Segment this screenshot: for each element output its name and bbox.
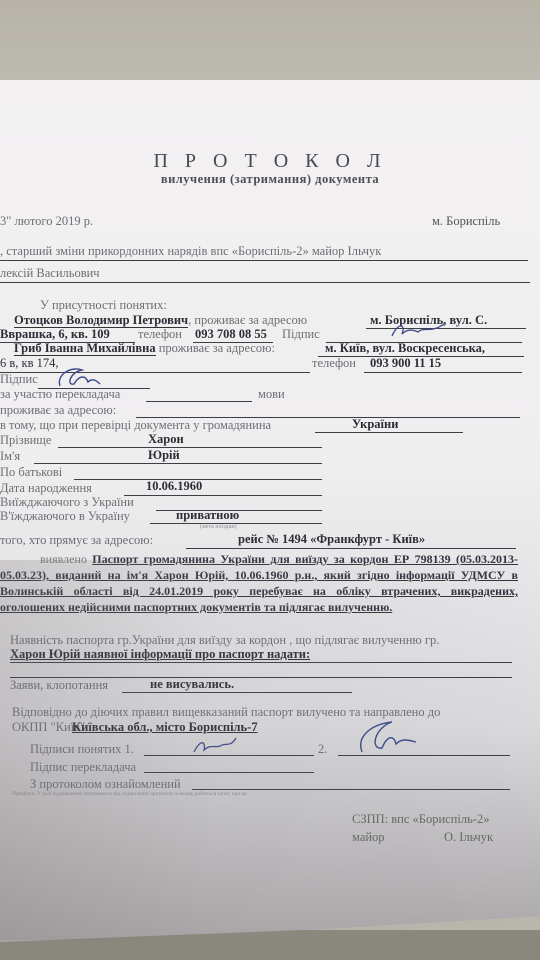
presence-text: Наявність паспорта гр.України для виїзду… [10,633,439,648]
found-label: виявлено [40,552,87,566]
field-departing-label: Виїжджаючого з України [0,495,134,510]
witness-signatures-2: 2. [318,742,327,757]
underline [10,662,512,663]
witness-signatures-label: Підписи понятих 1. [30,742,134,757]
translator-address-label: проживає за адресою: [0,403,116,418]
field-name-value: Юрій [148,448,180,463]
witness2-address-2: 6 в, кв 174, [0,356,59,371]
field-birthdate-label: Дата народження [0,481,92,496]
underline [0,372,310,373]
field-name-label: Ім'я [0,449,20,464]
destination-value: рейс № 1494 «Франкфурт - Київ» [238,532,425,547]
underline [58,447,322,448]
witness2-address-1: м. Київ, вул. Воскресенська, [325,341,485,356]
translator-label: за участю перекладача [0,387,120,402]
underline [315,432,463,433]
presence-value: Харон Юрій наявної інформації про паспор… [10,647,310,662]
witness1-address-2: Вврашка, 6, кв. 109 [0,327,110,342]
underline [124,495,322,496]
witness2-phone: 093 900 11 15 [370,356,441,371]
field-arriving-value: приватною [176,508,239,523]
field-surname-value: Харон [148,432,184,447]
document-subtitle: вилучення (затримання) документа [0,172,540,187]
witness2-name: Гриб Іванна Михайлівна [14,341,156,356]
officer-line-2: лексій Васильович [0,266,100,281]
witness2-lives-label: проживає за адресою: [159,341,275,355]
document-date: 3" лютого 2019 р. [0,214,93,229]
underline [122,692,352,693]
witness1-name: Отоцков Володимир Петрович [14,313,188,328]
underline [186,548,516,549]
witness1-final-signature [190,736,240,756]
sent-to-value: Київська обл., місто Бориспіль-7 [72,720,258,735]
signoff-unit: СЗПП: впс «Бориспіль-2» [352,812,489,827]
officer-line-1: , старший зміни прикордонних нарядів впс… [0,244,381,259]
witness1-sign-label: Підпис [282,327,320,342]
witness2-sign-label: Підпис [0,372,38,387]
signoff-rank: майор [352,830,385,845]
witness2-final-signature [352,718,422,758]
witness1-phone-label: телефон [138,327,182,342]
claims-value: не висувались. [150,677,234,692]
check-text: в тому, що при перевірці документа у гро… [0,418,271,433]
field-surname-label: Прізвище [0,433,51,448]
field-patronymic-label: По батькові [0,465,62,480]
destination-label: того, хто прямує за адресою: [0,533,153,548]
field-birthdate-value: 10.06.1960 [146,479,202,494]
signoff-name: О. Ільчук [444,830,493,845]
witness1-lives-label: , проживає за адресою [188,313,307,327]
field-arriving-label: В'їжджаючого в Україну [0,509,130,524]
language-label: мови [258,387,285,402]
acquainted-label: З протоколом ознайомлений [30,777,181,792]
underline [0,282,530,283]
translator-sign-line [144,772,314,773]
translator-line [146,401,252,402]
witness2-phone-label: телефон [312,356,356,371]
underline [364,372,522,373]
underline [34,463,322,464]
citizenship-value: України [352,417,398,432]
document-title: П Р О Т О К О Л [0,150,540,173]
document-place: м. Бориспіль [432,214,500,229]
found-paragraph: виявлено Паспорт громадянина України для… [0,551,518,615]
witnesses-heading: У присутності понятих: [40,298,167,313]
note: Примітка: У разі відмовлення затриманого… [12,791,248,797]
underline [0,260,528,261]
translator-sign-label: Підпис перекладача [30,760,136,775]
claims-label: Заяви, клопотання [10,678,108,693]
acquainted-line [192,789,510,790]
witness1-signature [388,320,448,342]
purpose-caption: (мета поїздки) [200,524,237,530]
background-top [0,0,540,82]
witness1-phone: 093 708 08 55 [195,327,267,342]
